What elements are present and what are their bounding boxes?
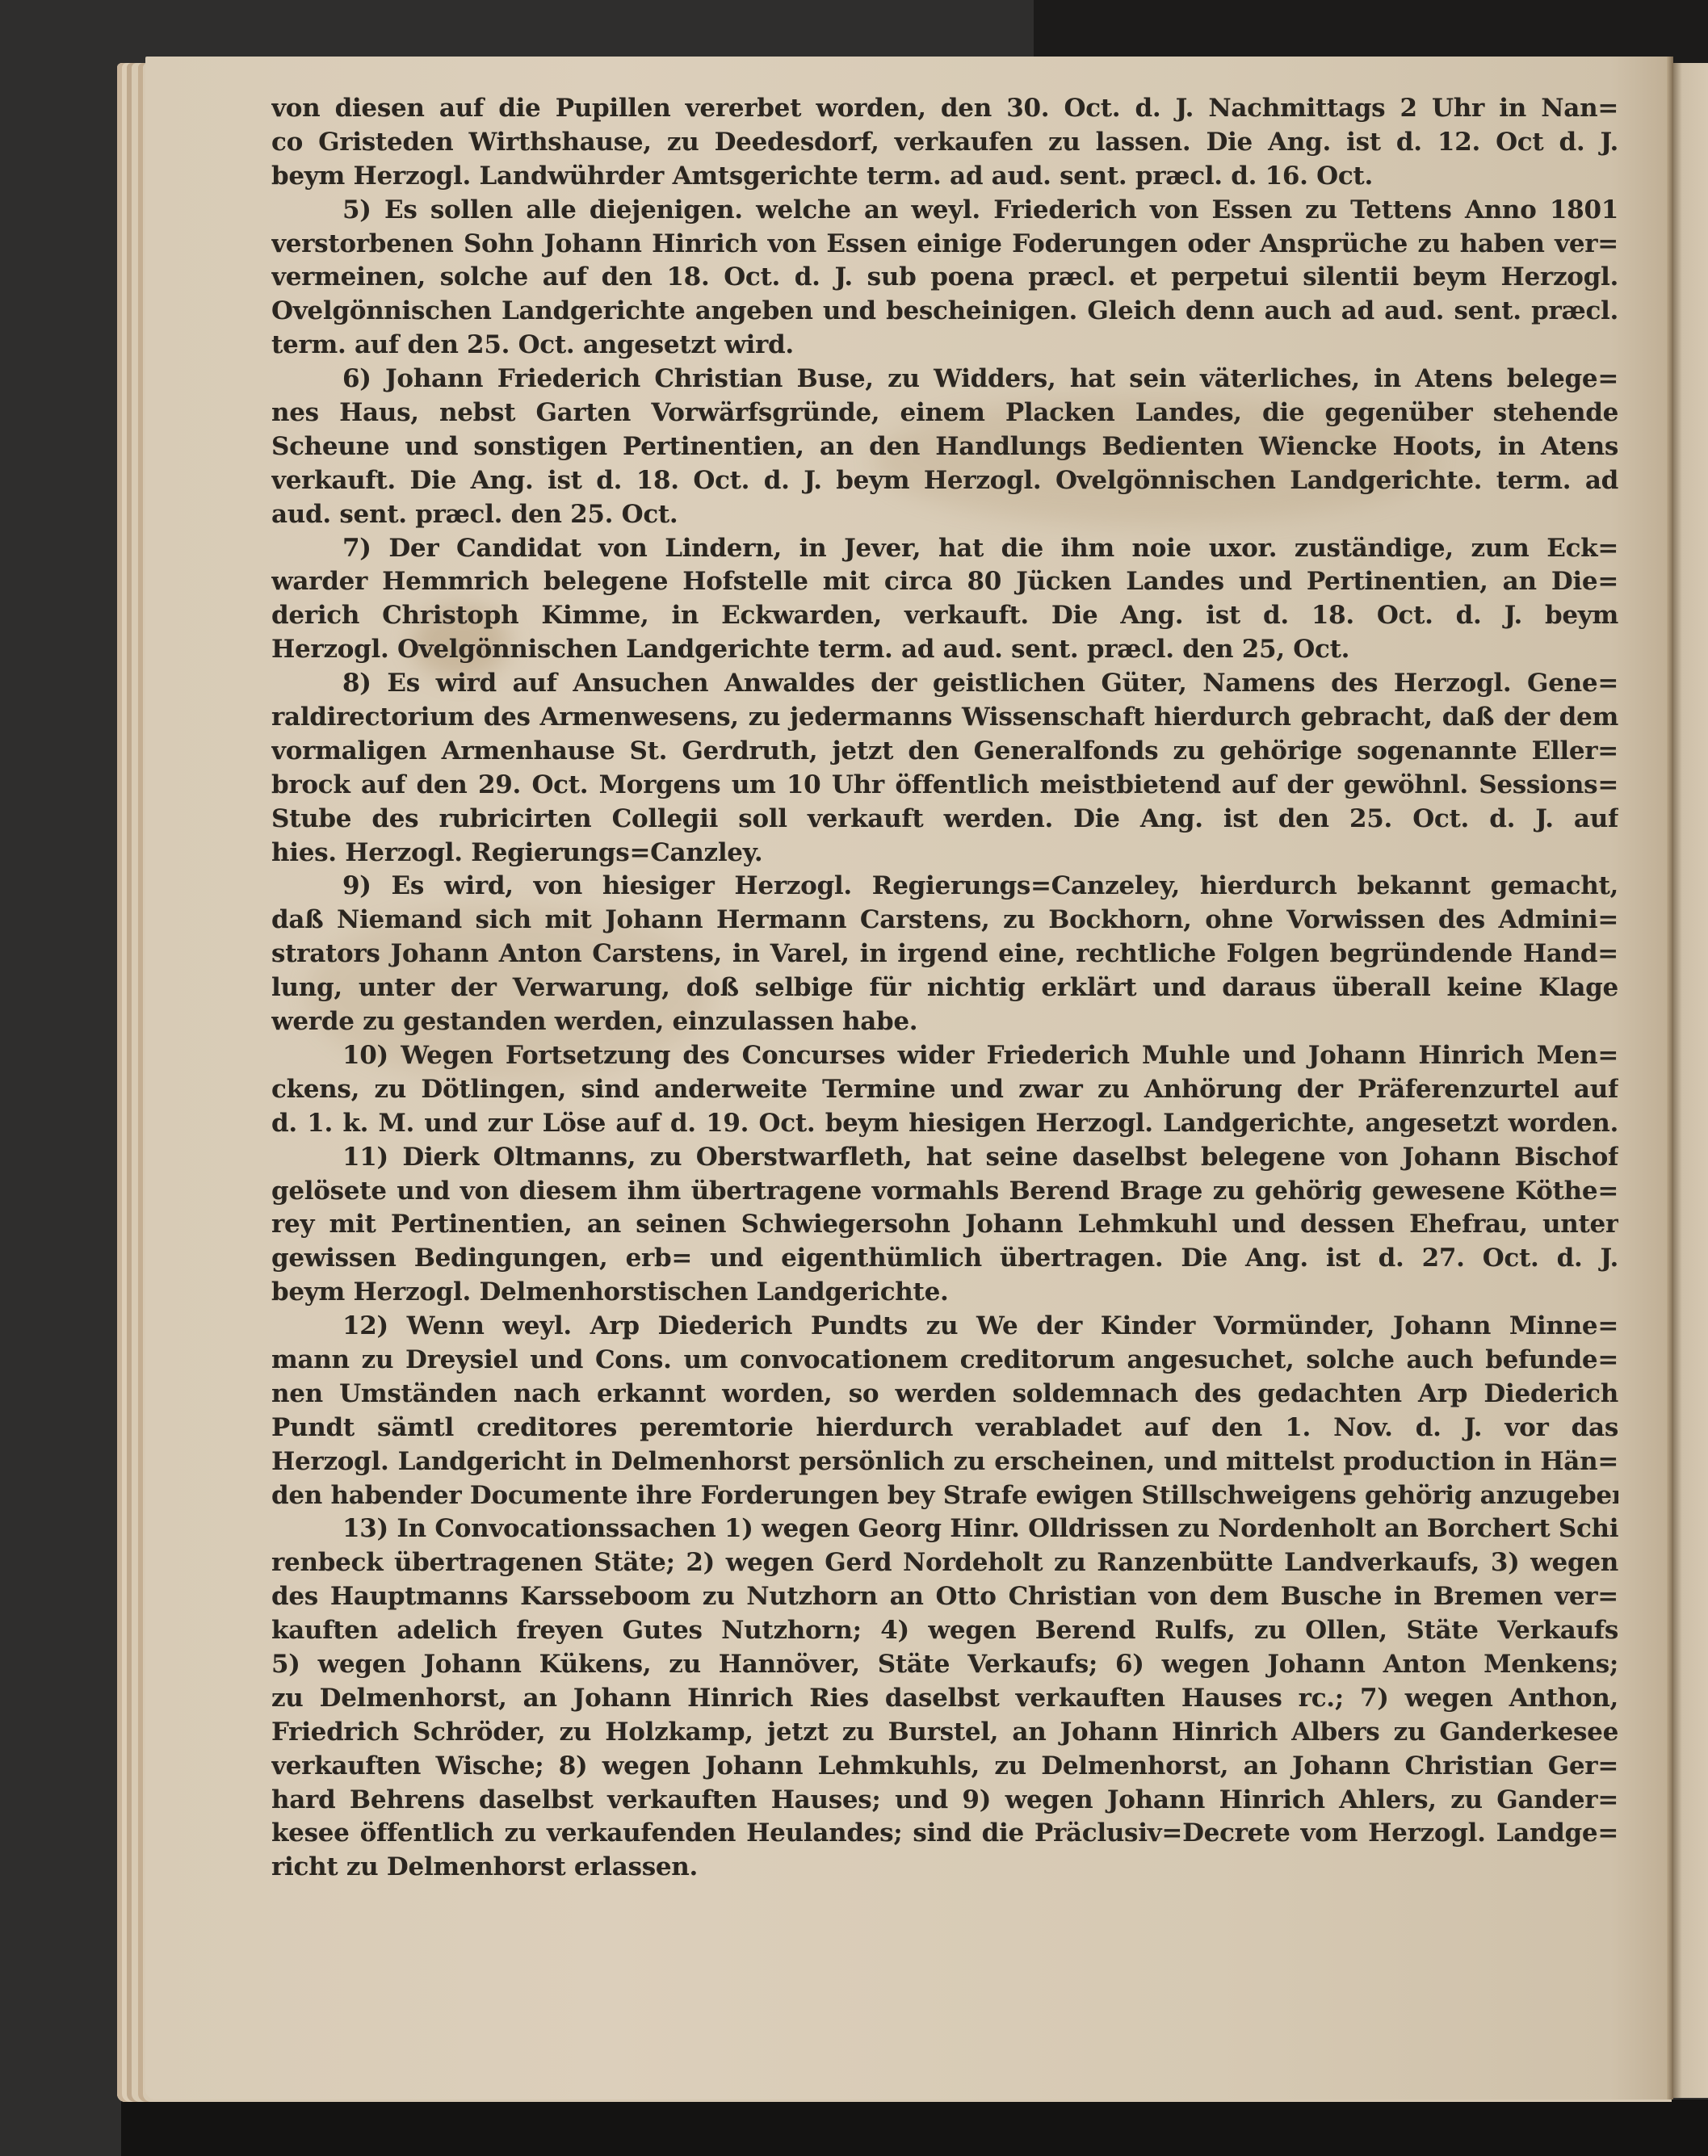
text-line: raldirectorium des Armenwesens, zu jeder…: [271, 701, 1618, 735]
paragraph-first-line: 13) In Convocationssachen 1) wegen Georg…: [271, 1512, 1618, 1546]
text-line: richt zu Delmenhorst erlassen.: [271, 1851, 1618, 1885]
text-line: von diesen auf die Pupillen vererbet wor…: [271, 92, 1618, 126]
text-line: lung, unter der Verwarung, doß selbige f…: [271, 971, 1618, 1005]
text-line: Scheune und sonstigen Pertinentien, an d…: [271, 430, 1618, 464]
paragraph-first-line: 8) Es wird auf Ansuchen Anwaldes der gei…: [271, 667, 1618, 701]
text-line: Herzogl. Ovelgönnischen Landgerichte ter…: [271, 633, 1618, 667]
paragraph-first-line: 9) Es wird, von hiesiger Herzogl. Regier…: [271, 870, 1618, 904]
adjacent-page-edge: [1673, 63, 1708, 2098]
text-line: des Hauptmanns Karsseboom zu Nutzhorn an…: [271, 1580, 1618, 1614]
text-line: mann zu Dreysiel und Cons. um convocatio…: [271, 1344, 1618, 1378]
paragraph-first-line: 6) Johann Friederich Christian Buse, zu …: [271, 363, 1618, 396]
text-line: ckens, zu Dötlingen, sind anderweite Ter…: [271, 1073, 1618, 1107]
text-line: beym Herzogl. Delmenhorstischen Landgeri…: [271, 1276, 1618, 1310]
text-line: co Gristeden Wirthshause, zu Deedesdorf,…: [271, 126, 1618, 160]
text-line: Herzogl. Landgericht in Delmenhorst pers…: [271, 1445, 1618, 1479]
paragraph-first-line: 12) Wenn weyl. Arp Diederich Pundts zu W…: [271, 1310, 1618, 1344]
text-line: vormaligen Armenhause St. Gerdruth, jetz…: [271, 735, 1618, 769]
text-line: Ovelgönnischen Landgerichte angeben und …: [271, 295, 1618, 329]
dark-backdrop-top: [1034, 0, 1708, 65]
text-line: strators Johann Anton Carstens, in Varel…: [271, 937, 1618, 971]
text-line: kauften adelich freyen Gutes Nutzhorn; 4…: [271, 1614, 1618, 1648]
text-line: zu Delmenhorst, an Johann Hinrich Ries d…: [271, 1682, 1618, 1716]
book-gutter: [1667, 57, 1673, 2099]
text-line: Friedrich Schröder, zu Holzkamp, jetzt z…: [271, 1716, 1618, 1750]
text-line: aud. sent. præcl. den 25. Oct.: [271, 498, 1618, 532]
text-line: vermeinen, solche auf den 18. Oct. d. J.…: [271, 261, 1618, 295]
text-line: beym Herzogl. Landwührder Amtsgerichte t…: [271, 160, 1618, 194]
text-line: gewissen Bedingungen, erb= und eigenthüm…: [271, 1242, 1618, 1276]
text-line: verkauft. Die Ang. ist d. 18. Oct. d. J.…: [271, 464, 1618, 498]
text-line: verstorbenen Sohn Johann Hinrich von Ess…: [271, 228, 1618, 262]
text-line: hies. Herzogl. Regierungs=Canzley.: [271, 837, 1618, 870]
document-body-text: von diesen auf die Pupillen vererbet wor…: [271, 92, 1618, 1885]
text-line: daß Niemand sich mit Johann Hermann Cars…: [271, 904, 1618, 937]
paragraph-first-line: 5) Es sollen alle diejenigen. welche an …: [271, 194, 1618, 228]
text-line: d. 1. k. M. und zur Löse auf d. 19. Oct.…: [271, 1107, 1618, 1141]
paragraph-first-line: 7) Der Candidat von Lindern, in Jever, h…: [271, 532, 1618, 566]
page-shadow-bottom: [121, 2099, 1708, 2156]
text-line: brock auf den 29. Oct. Morgens um 10 Uhr…: [271, 769, 1618, 803]
text-line: renbeck übertragenen Stäte; 2) wegen Ger…: [271, 1546, 1618, 1580]
text-line: term. auf den 25. Oct. angesetzt wird.: [271, 329, 1618, 363]
text-line: warder Hemmrich belegene Hofstelle mit c…: [271, 565, 1618, 599]
text-line: nen Umständen nach erkannt worden, so we…: [271, 1378, 1618, 1411]
text-line: gelösete und von diesem ihm übertragene …: [271, 1175, 1618, 1209]
text-line: hard Behrens daselbst verkauften Hauses;…: [271, 1784, 1618, 1818]
text-line: rey mit Pertinentien, an seinen Schwiege…: [271, 1208, 1618, 1242]
paragraph-first-line: 10) Wegen Fortsetzung des Concurses wide…: [271, 1039, 1618, 1073]
paragraph-first-line: 11) Dierk Oltmanns, zu Oberstwarfleth, h…: [271, 1141, 1618, 1175]
text-line: nes Haus, nebst Garten Vorwärfsgründe, e…: [271, 396, 1618, 430]
text-line: verkauften Wische; 8) wegen Johann Lehmk…: [271, 1750, 1618, 1784]
text-line: werde zu gestanden werden, einzulassen h…: [271, 1005, 1618, 1039]
text-line: derich Christoph Kimme, in Eckwarden, ve…: [271, 599, 1618, 633]
text-line: kesee öffentlich zu verkaufenden Heuland…: [271, 1817, 1618, 1851]
text-line: den habender Documente ihre Forderungen …: [271, 1479, 1618, 1513]
text-line: Pundt sämtl creditores peremtorie hierdu…: [271, 1411, 1618, 1445]
text-line: Stube des rubricirten Collegii soll verk…: [271, 803, 1618, 837]
text-line: 5) wegen Johann Kükens, zu Hannöver, Stä…: [271, 1648, 1618, 1682]
